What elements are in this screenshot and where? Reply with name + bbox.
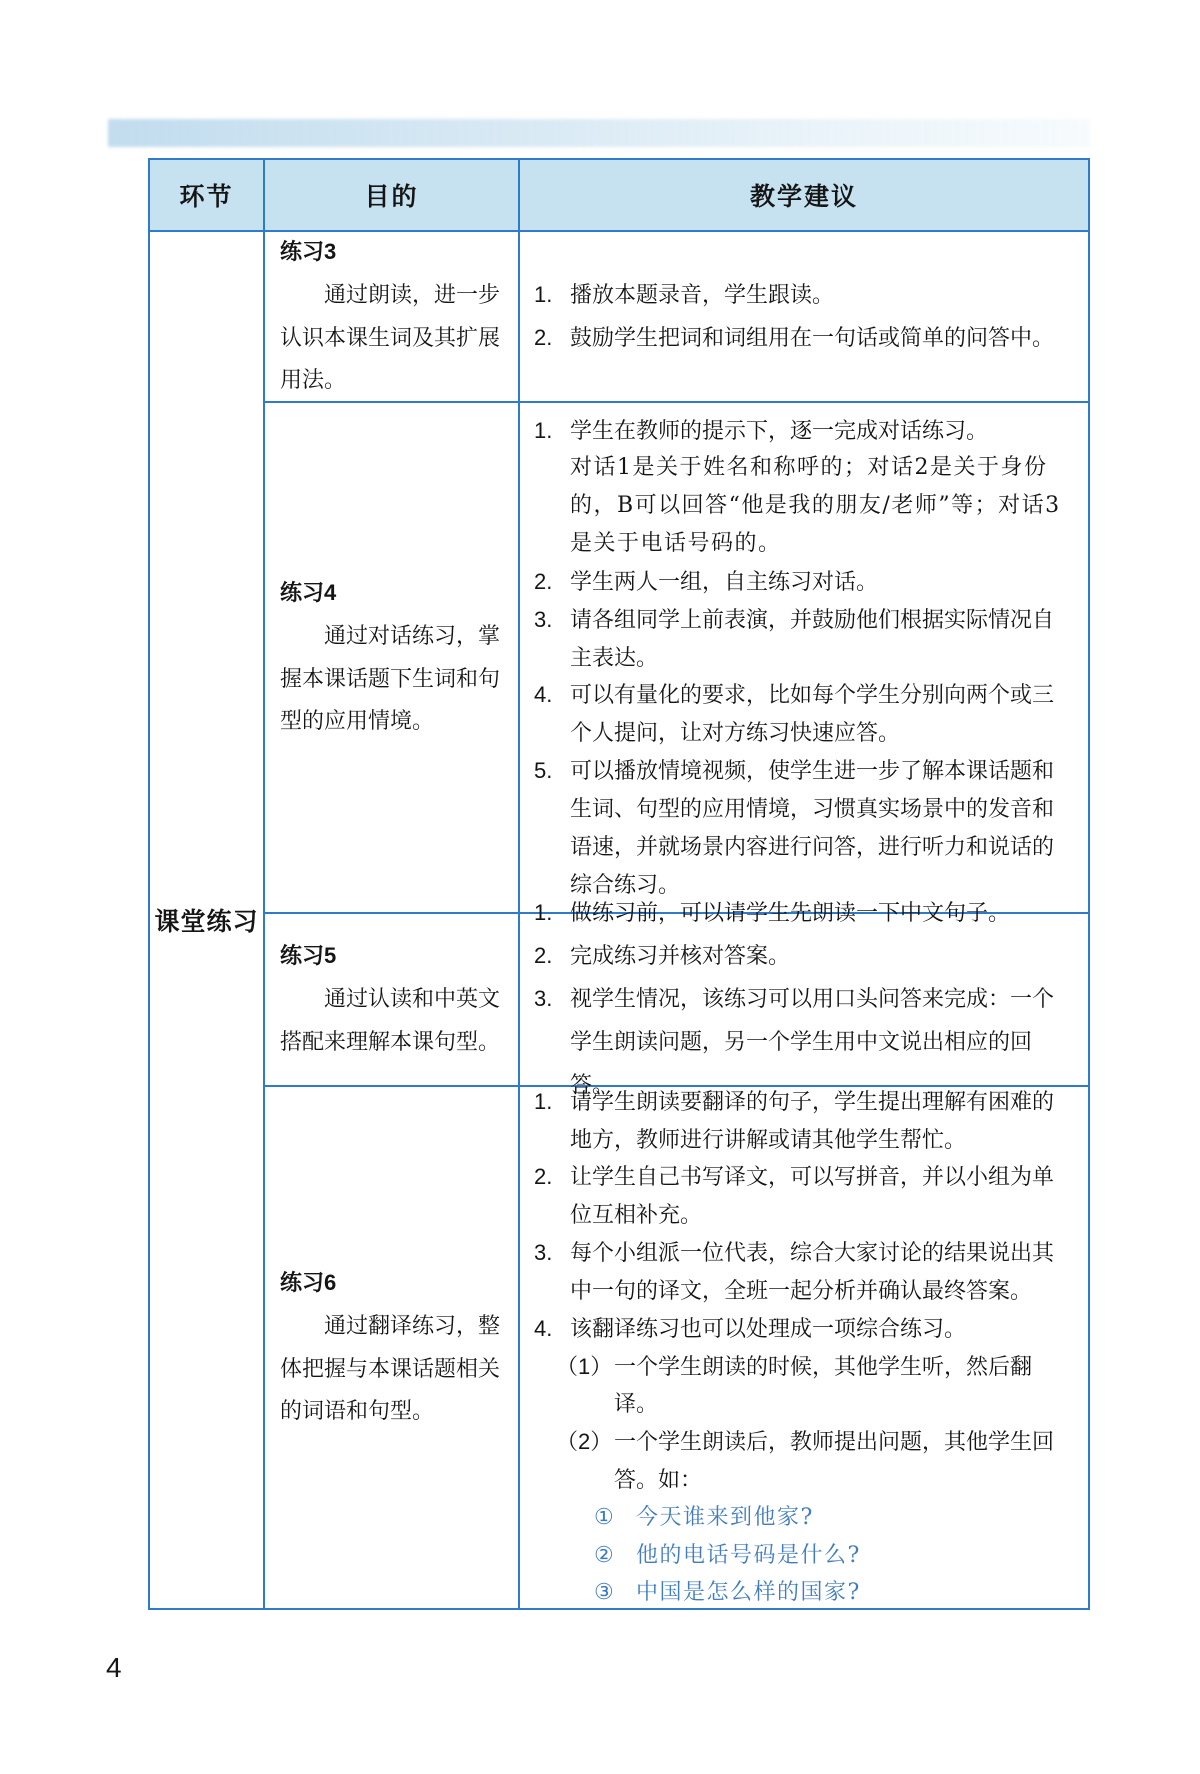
item-text-block: 该翻译练习也可以处理成一项综合练习。: [570, 1310, 1068, 1348]
item-number: 2.: [534, 1158, 570, 1196]
item-number: 4.: [534, 676, 570, 714]
sub-item: （1） 一个学生朗读的时候，其他学生听，然后翻译。: [534, 1348, 1068, 1424]
item-text: 让学生自己书写译文，可以写拼音，并以小组为单位互相补充。: [570, 1158, 1068, 1234]
suggestions-cell: 1. 请学生朗读要翻译的句子，学生提出理解有困难的地方，教师进行讲解或请其他学生…: [520, 1087, 1088, 1608]
item-number: 2.: [534, 935, 570, 978]
table-row-exercise5: 练习5 通过认读和中英文搭配来理解本课句型。 1. 做练习前，可以请学生先朗读一…: [265, 914, 1088, 1087]
item-text: 请各组同学上前表演，并鼓励他们根据实际情况自主表达。: [570, 601, 1068, 677]
example-line: ① 今天谁来到他家?: [534, 1499, 1068, 1537]
purpose-text: 通过对话练习，掌握本课话题下生词和句型的应用情境。: [280, 615, 503, 744]
table-header-row: 环节 目的 教学建议: [150, 160, 1088, 232]
table-body: 课堂练习 练习3 通过朗读，进一步认识本课生词及其扩展用法。 1. 播放本题录音…: [150, 232, 1088, 1608]
page-number: 4: [106, 1652, 122, 1684]
item-number: 3.: [534, 1234, 570, 1272]
item-text: 可以播放情境视频，使学生进一步了解本课话题和生词、句型的应用情境，习惯真实场景中…: [570, 752, 1068, 903]
item-text: 每个小组派一位代表，综合大家讨论的结果说出其中一句的译文，全班一起分析并确认最终…: [570, 1234, 1068, 1310]
suggestion-item: 2. 让学生自己书写译文，可以写拼音，并以小组为单位互相补充。: [534, 1158, 1068, 1234]
example-line: ② 他的电话号码是什么?: [534, 1537, 1068, 1575]
suggestion-item: 4. 该翻译练习也可以处理成一项综合练习。: [534, 1310, 1068, 1348]
purpose-cell: 练习3 通过朗读，进一步认识本课生词及其扩展用法。: [265, 232, 520, 401]
example-text: 他的电话号码是什么?: [636, 1537, 1068, 1575]
example-number: ②: [594, 1537, 636, 1575]
item-text: 播放本题录音，学生跟读。: [570, 274, 1068, 317]
item-number: 1.: [534, 274, 570, 317]
item-text: 该翻译练习也可以处理成一项综合练习。: [570, 1310, 1068, 1348]
purpose-text: 通过朗读，进一步认识本课生词及其扩展用法。: [280, 274, 503, 403]
example-number: ①: [594, 1499, 636, 1537]
suggestion-item: 1. 做练习前，可以请学生先朗读一下中文句子。: [534, 892, 1068, 935]
stage-cell: 课堂练习: [150, 232, 265, 1608]
header-cell-purpose: 目的: [265, 160, 520, 230]
table-row-exercise6: 练习6 通过翻译练习，整体把握与本课话题相关的词语和句型。 1. 请学生朗读要翻…: [265, 1087, 1088, 1608]
purpose-cell: 练习5 通过认读和中英文搭配来理解本课句型。: [265, 914, 520, 1085]
table-row-exercise3: 练习3 通过朗读，进一步认识本课生词及其扩展用法。 1. 播放本题录音，学生跟读…: [265, 232, 1088, 403]
suggestions-cell: 1. 学生在教师的提示下，逐一完成对话练习。 对话1是关于姓名和称呼的；对话2是…: [520, 403, 1088, 912]
purpose-title: 练习5: [280, 935, 503, 978]
suggestions-cell: 1. 播放本题录音，学生跟读。 2. 鼓励学生把词和词组用在一句话或简单的问答中…: [520, 232, 1088, 401]
purpose-cell: 练习4 通过对话练习，掌握本课话题下生词和句型的应用情境。: [265, 403, 520, 912]
example-number: ③: [594, 1574, 636, 1612]
example-text: 今天谁来到他家?: [636, 1499, 1068, 1537]
item-number: 5.: [534, 752, 570, 790]
item-text: 请学生朗读要翻译的句子，学生提出理解有困难的地方，教师进行讲解或请其他学生帮忙。: [570, 1083, 1068, 1159]
suggestion-item: 3. 请各组同学上前表演，并鼓励他们根据实际情况自主表达。: [534, 601, 1068, 677]
example-text: 中国是怎么样的国家?: [636, 1574, 1068, 1612]
suggestion-item: 4. 可以有量化的要求，比如每个学生分别向两个或三个人提问，让对方练习快速应答。: [534, 676, 1068, 752]
purpose-title: 练习6: [280, 1262, 503, 1305]
header-cell-suggestions: 教学建议: [520, 160, 1088, 230]
item-number: 2.: [534, 317, 570, 360]
item-text: 学生在教师的提示下，逐一完成对话练习。: [570, 412, 1068, 450]
header-cell-stage: 环节: [150, 160, 265, 230]
suggestions-cell: 1. 做练习前，可以请学生先朗读一下中文句子。 2. 完成练习并核对答案。 3.…: [520, 914, 1088, 1085]
item-text: 学生两人一组，自主练习对话。: [570, 563, 1068, 601]
purpose-text: 通过翻译练习，整体把握与本课话题相关的词语和句型。: [280, 1305, 503, 1434]
item-text: 鼓励学生把词和词组用在一句话或简单的问答中。: [570, 317, 1068, 360]
item-number: 4.: [534, 1310, 570, 1348]
purpose-title: 练习4: [280, 572, 503, 615]
table-row-exercise4: 练习4 通过对话练习，掌握本课话题下生词和句型的应用情境。 1. 学生在教师的提…: [265, 403, 1088, 914]
item-number: 2.: [534, 563, 570, 601]
item-number: 3.: [534, 978, 570, 1021]
sub-item-number: （1）: [556, 1348, 614, 1424]
suggestion-item: 2. 完成练习并核对答案。: [534, 935, 1068, 978]
suggestion-item: 5. 可以播放情境视频，使学生进一步了解本课话题和生词、句型的应用情境，习惯真实…: [534, 752, 1068, 903]
sub-item-text: 一个学生朗读的时候，其他学生听，然后翻译。: [614, 1348, 1068, 1424]
item-text: 做练习前，可以请学生先朗读一下中文句子。: [570, 892, 1068, 935]
suggestion-item: 2. 鼓励学生把词和词组用在一句话或简单的问答中。: [534, 317, 1068, 360]
lesson-plan-table: 环节 目的 教学建议 课堂练习 练习3 通过朗读，进一步认识本课生词及其扩展用法…: [148, 158, 1090, 1610]
stage-label: 课堂练习: [154, 902, 258, 938]
rows-column: 练习3 通过朗读，进一步认识本课生词及其扩展用法。 1. 播放本题录音，学生跟读…: [265, 232, 1088, 1608]
purpose-title: 练习3: [280, 231, 503, 274]
scan-artifact-band: [108, 119, 1090, 147]
item-number: 1.: [534, 1083, 570, 1121]
example-line: ③ 中国是怎么样的国家?: [534, 1574, 1068, 1612]
item-number: 1.: [534, 412, 570, 450]
item-text: 可以有量化的要求，比如每个学生分别向两个或三个人提问，让对方练习快速应答。: [570, 676, 1068, 752]
item-number: 1.: [534, 892, 570, 935]
suggestion-item: 1. 播放本题录音，学生跟读。: [534, 274, 1068, 317]
sub-item: （2） 一个学生朗读后，教师提出问题，其他学生回答。如：: [534, 1423, 1068, 1499]
item-number: 3.: [534, 601, 570, 639]
suggestion-item: 3. 每个小组派一位代表，综合大家讨论的结果说出其中一句的译文，全班一起分析并确…: [534, 1234, 1068, 1310]
suggestion-item: 1. 学生在教师的提示下，逐一完成对话练习。 对话1是关于姓名和称呼的；对话2是…: [534, 412, 1068, 563]
kai-note: 对话1是关于姓名和称呼的；对话2是关于身份的，B可以回答“他是我的朋友/老师”等…: [570, 449, 1068, 562]
suggestion-item: 2. 学生两人一组，自主练习对话。: [534, 563, 1068, 601]
purpose-text: 通过认读和中英文搭配来理解本课句型。: [280, 978, 503, 1064]
sub-item-text: 一个学生朗读后，教师提出问题，其他学生回答。如：: [614, 1423, 1068, 1499]
item-text: 完成练习并核对答案。: [570, 935, 1068, 978]
item-text-block: 学生在教师的提示下，逐一完成对话练习。 对话1是关于姓名和称呼的；对话2是关于身…: [570, 412, 1068, 563]
purpose-cell: 练习6 通过翻译练习，整体把握与本课话题相关的词语和句型。: [265, 1087, 520, 1608]
sub-item-number: （2）: [556, 1423, 614, 1499]
suggestion-item: 1. 请学生朗读要翻译的句子，学生提出理解有困难的地方，教师进行讲解或请其他学生…: [534, 1083, 1068, 1159]
